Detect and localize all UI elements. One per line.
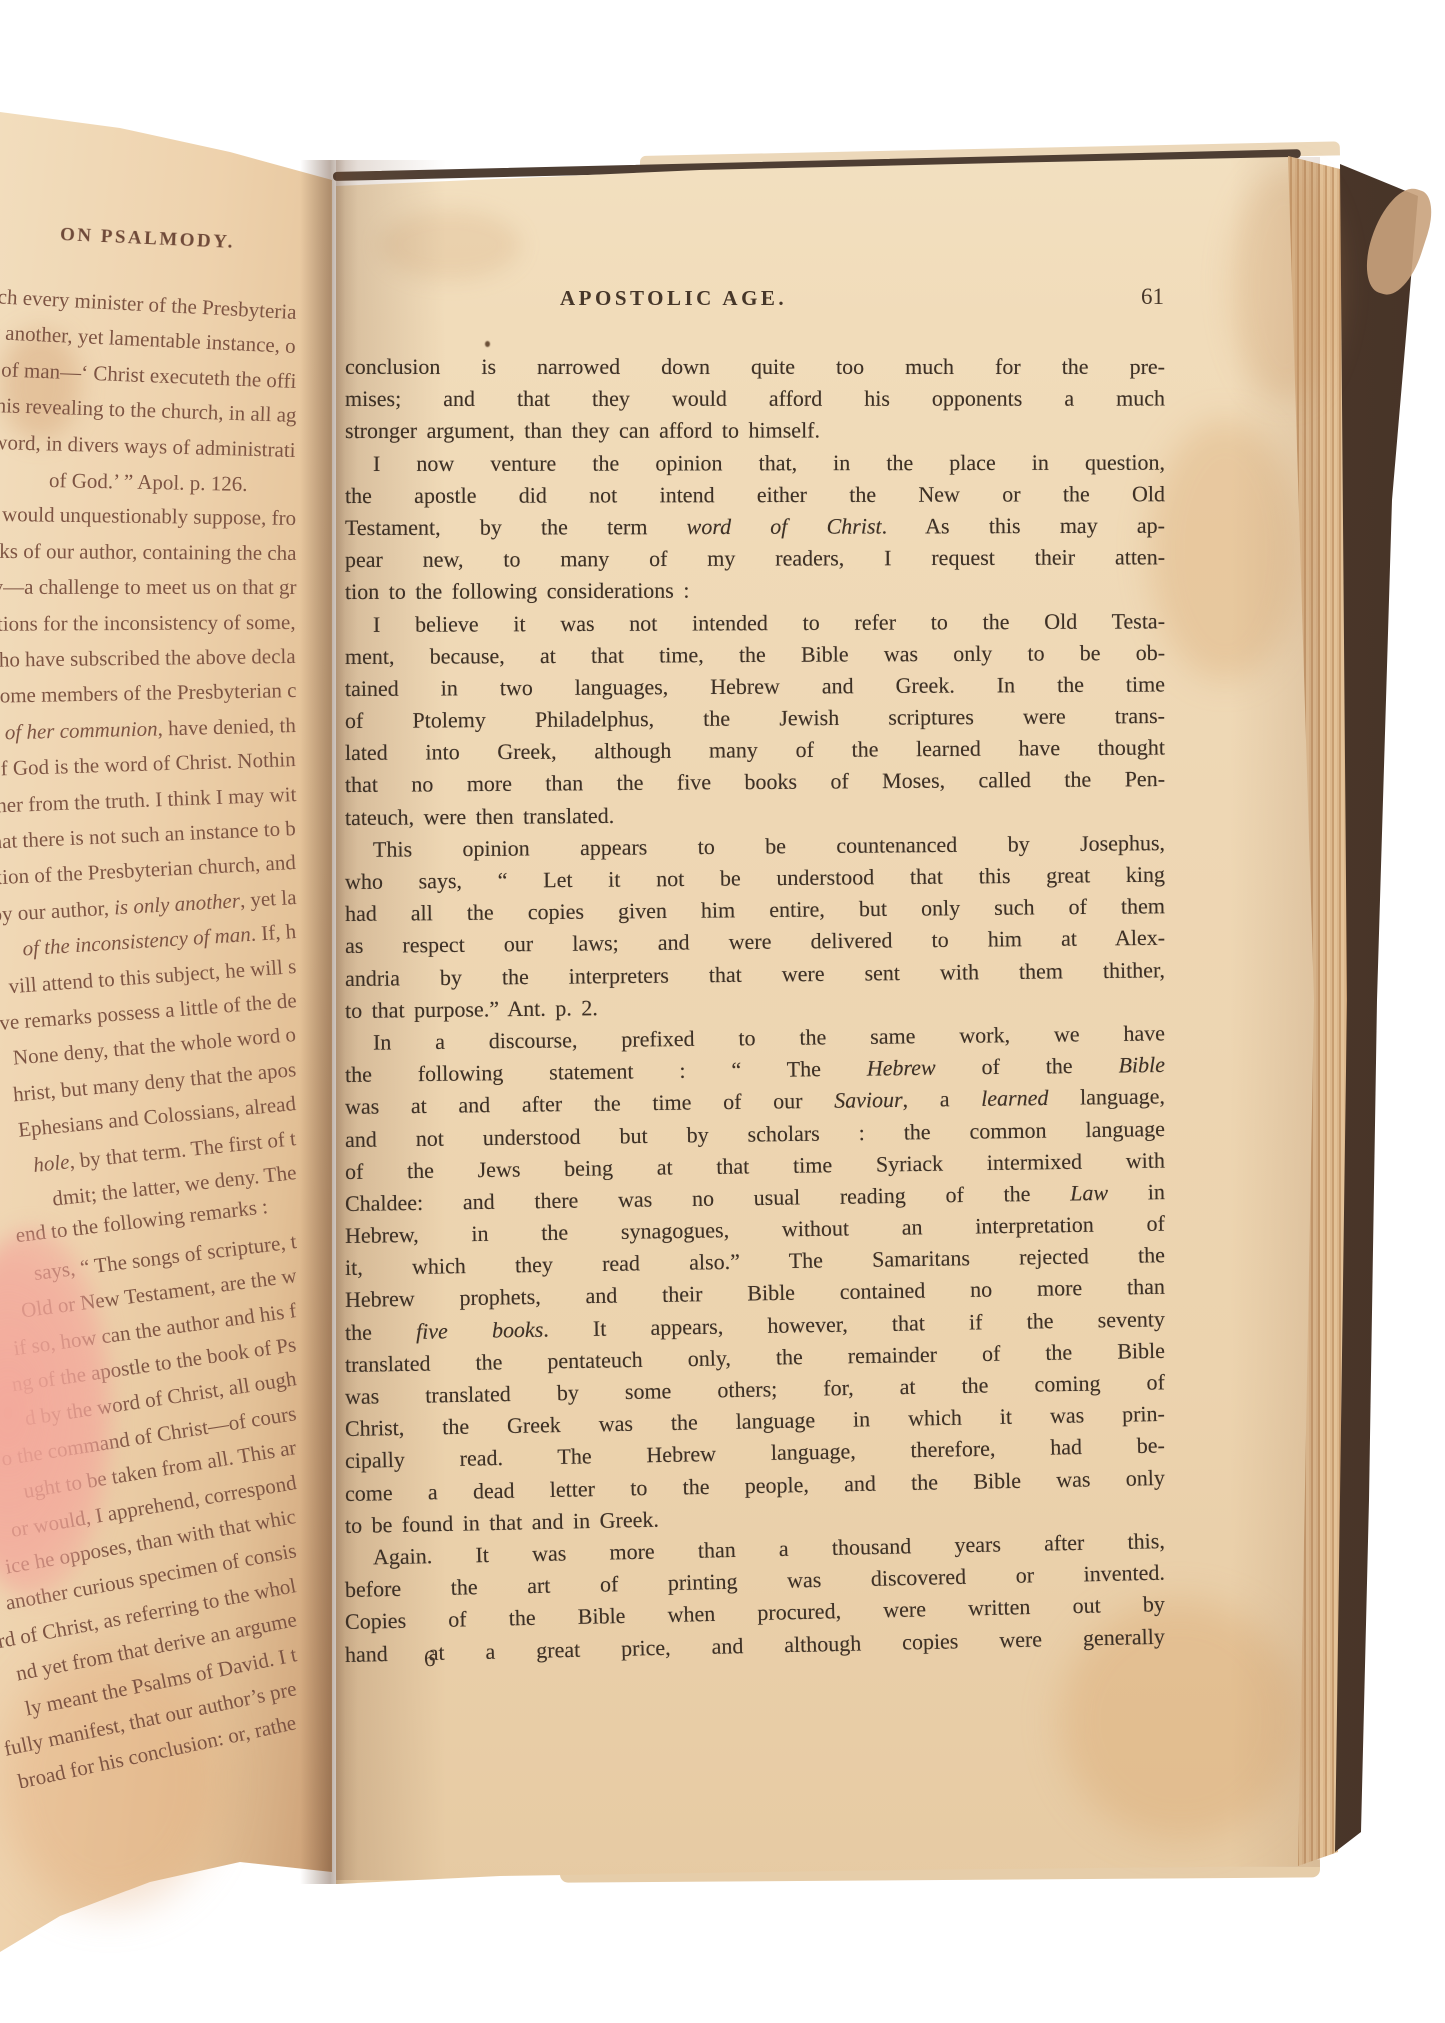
- text-line: pear new, to many of my readers, I reque…: [345, 541, 1165, 576]
- book-photo: ON PSALMODY. APOSTOLIC AGE. 61 hich ever…: [0, 0, 1445, 2023]
- text-line: tained in two languages, Hebrew and Gree…: [345, 668, 1165, 705]
- text-line: arks of our author, containing the cha: [0, 539, 296, 566]
- text-line: of God.’ ” Apol. p. 126.: [49, 468, 248, 497]
- text-line: , that there is not such an instance to …: [0, 816, 297, 855]
- left-page-text: hich every minister of the Presbyterias …: [0, 0, 302, 2023]
- right-page-text: conclusion is narrowed down quite too mu…: [345, 351, 1165, 1671]
- text-line: st, some members of the Presbyterian c: [0, 678, 296, 709]
- text-line: hich every minister of the Presbyteria: [0, 284, 297, 325]
- text-line: cy of man—‘ Christ executeth the offi: [0, 356, 296, 394]
- text-line: ment, because, at that time, the Bible w…: [345, 637, 1165, 673]
- text-line: mises; and that they would afford his op…: [345, 383, 1165, 416]
- text-line: nd word, in divers ways of administrati: [0, 429, 296, 463]
- text-line: conclusion is narrowed down quite too mu…: [345, 351, 1165, 383]
- text-line: of God is the word of Christ. Nothin: [0, 747, 296, 782]
- text-line: stronger argument, than they can afford …: [345, 414, 1165, 447]
- ink-speck: [485, 341, 490, 347]
- text-line: I now venture the opinion that, in the p…: [345, 446, 1165, 480]
- signature-mark: 6: [424, 1646, 436, 1672]
- page-number: 61: [1100, 284, 1164, 310]
- text-line: ner from the truth. I think I may wit: [0, 782, 296, 818]
- text-line: the apostle did not intend either the Ne…: [345, 478, 1165, 512]
- text-line: I believe it was not intended to refer t…: [345, 605, 1165, 641]
- edge-shading-right: [1230, 157, 1320, 1867]
- text-line: s only another, yet lamentable instance,…: [0, 318, 297, 359]
- text-line: ity—a challenge to meet us on that gr: [0, 575, 296, 600]
- text-line: of the inconsistency of man. If, h: [22, 919, 297, 961]
- text-line: der would unquestionably suppose, fro: [0, 502, 296, 531]
- text-line: s, who have subscribed the above decla: [0, 644, 296, 673]
- running-head-right: APOSTOLIC AGE.: [560, 286, 787, 311]
- text-line: entations for the inconsistency of some,: [0, 610, 296, 637]
- text-line: exion of the Presbyterian church, and: [0, 850, 297, 891]
- text-line: in his revealing to the church, in all a…: [0, 393, 296, 429]
- text-line: tion to the following considerations :: [345, 573, 1165, 608]
- text-line: Testament, by the term word of Christ. A…: [345, 510, 1165, 544]
- text-line: ers of her communion, have denied, th: [0, 713, 296, 746]
